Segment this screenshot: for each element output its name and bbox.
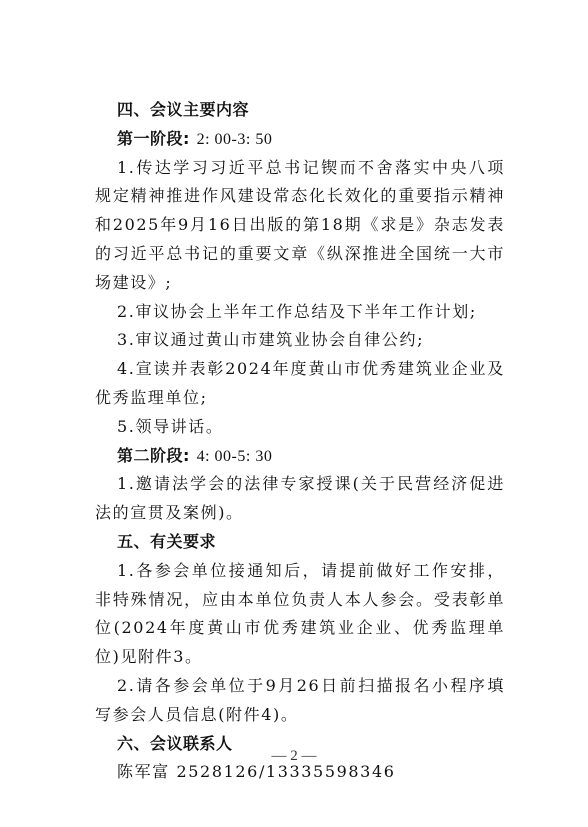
document-page: 四、会议主要内容 第一阶段: 2: 00-3: 50 1.传达学习习近平总书记锲… xyxy=(95,96,505,787)
section-heading-meeting-content: 四、会议主要内容 xyxy=(95,96,505,125)
requirement-item: 2.请各参会单位于9月26日前扫描报名小程序填写参会人员信息(附件4)。 xyxy=(95,672,505,730)
agenda-item: 2.审议协会上半年工作总结及下半年工作计划; xyxy=(95,298,505,327)
stage-time: 2: 00-3: 50 xyxy=(197,131,273,148)
requirement-item: 1.各参会单位接通知后，请提前做好工作安排，非特殊情况，应由本单位负责人本人参会… xyxy=(95,557,505,672)
agenda-item: 5.领导讲话。 xyxy=(95,413,505,442)
section-heading-requirements: 五、有关要求 xyxy=(95,528,505,557)
agenda-item: 1.邀请法学会的法律专家授课(关于民营经济促进法的宣贯及案例)。 xyxy=(95,470,505,528)
stage-label: 第二阶段: xyxy=(117,446,190,465)
agenda-item: 1.传达学习习近平总书记锲而不舍落实中央八项规定精神推进作风建设常态化长效化的重… xyxy=(95,154,505,298)
page-number: — 2 — xyxy=(0,748,588,765)
agenda-item: 4.宣读并表彰2024年度黄山市优秀建筑业企业及优秀监理单位; xyxy=(95,355,505,413)
stage-one-header: 第一阶段: 2: 00-3: 50 xyxy=(95,125,505,154)
stage-two-header: 第二阶段: 4: 00-5: 30 xyxy=(95,442,505,471)
agenda-item: 3.审议通过黄山市建筑业协会自律公约; xyxy=(95,326,505,355)
stage-time: 4: 00-5: 30 xyxy=(197,448,273,465)
stage-label: 第一阶段: xyxy=(117,129,190,148)
